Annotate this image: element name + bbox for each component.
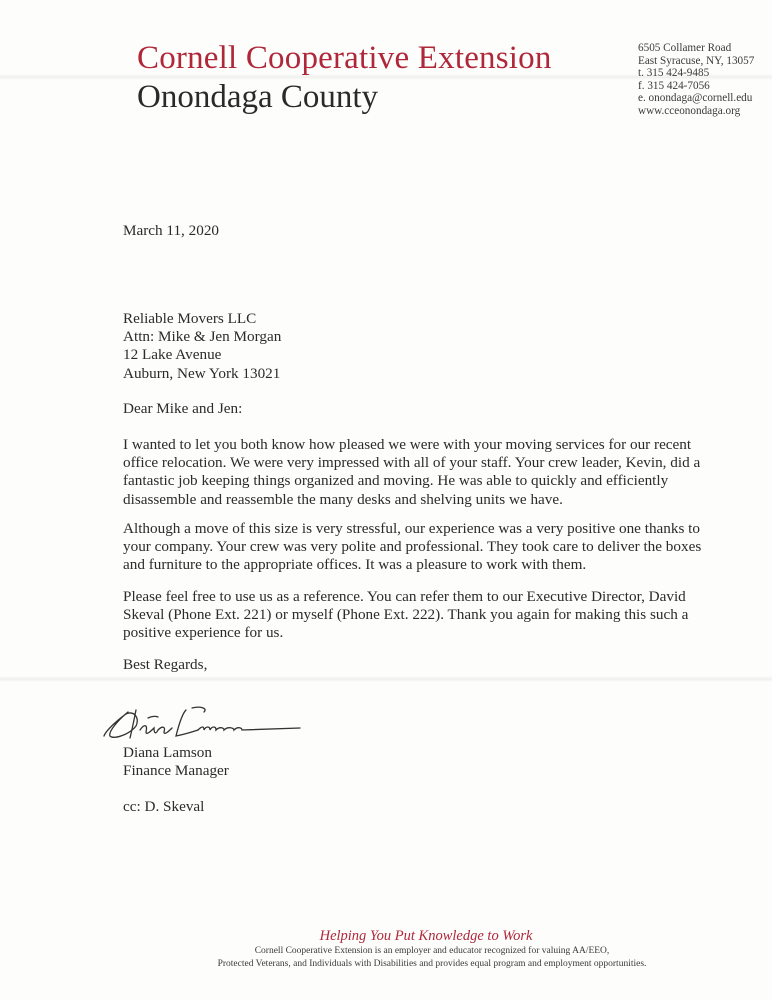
letter-footer: Helping You Put Knowledge to Work Cornel… [0, 928, 772, 971]
recipient-attn: Attn: Mike & Jen Morgan [123, 328, 281, 346]
cc-line: cc: D. Skeval [123, 798, 204, 816]
recipient-company: Reliable Movers LLC [123, 310, 281, 328]
letter-date: March 11, 2020 [123, 222, 219, 240]
recipient-street: 12 Lake Avenue [123, 346, 281, 364]
salutation: Dear Mike and Jen: [123, 400, 242, 418]
contact-city: East Syracuse, NY, 13057 [638, 55, 754, 68]
recipient-address: Reliable Movers LLC Attn: Mike & Jen Mor… [123, 310, 281, 383]
scan-artifact [0, 676, 772, 682]
paragraph: Although a move of this size is very str… [123, 520, 723, 575]
contact-fax: f. 315 424-7056 [638, 80, 754, 93]
contact-phone: t. 315 424-9485 [638, 67, 754, 80]
signer-title: Finance Manager [123, 762, 229, 780]
organization-name: Cornell Cooperative Extension [137, 40, 552, 77]
contact-website: www.cceonondaga.org [638, 105, 754, 118]
paragraph: I wanted to let you both know how please… [123, 436, 723, 509]
recipient-city: Auburn, New York 13021 [123, 365, 281, 383]
county-name: Onondaga County [137, 79, 378, 116]
footer-disclaimer-line-2: Protected Veterans, and Individuals with… [46, 958, 772, 971]
contact-email: e. onondaga@cornell.edu [638, 92, 754, 105]
footer-tagline: Helping You Put Knowledge to Work [40, 928, 772, 945]
paragraph: Please feel free to use us as a referenc… [123, 588, 723, 643]
contact-block: 6505 Collamer Road East Syracuse, NY, 13… [638, 42, 754, 118]
contact-street: 6505 Collamer Road [638, 42, 754, 55]
signature-icon [100, 700, 330, 750]
closing: Best Regards, [123, 656, 207, 674]
footer-disclaimer-line-1: Cornell Cooperative Extension is an empl… [46, 945, 772, 958]
